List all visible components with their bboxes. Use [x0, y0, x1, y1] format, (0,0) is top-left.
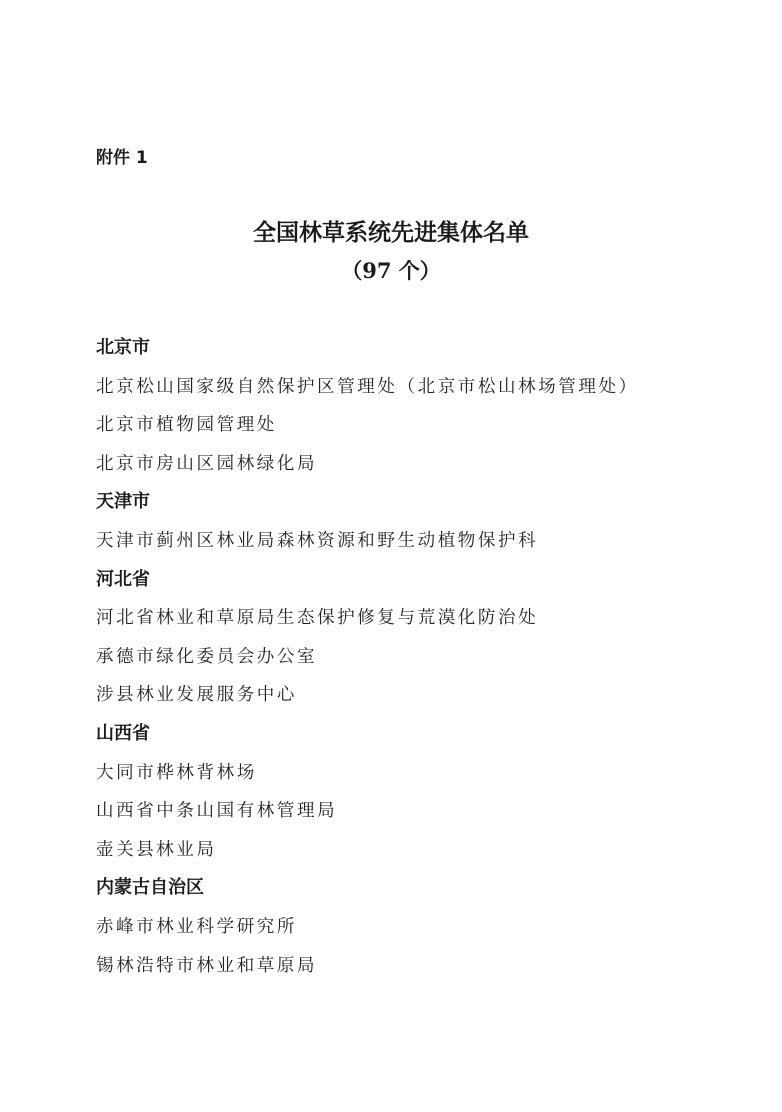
org-item: 壶关县林业局 [96, 836, 736, 875]
attachment-label: 附件 1 [96, 143, 148, 168]
org-item: 大同市桦林背林场 [96, 759, 736, 798]
region-heading: 天津市 [96, 488, 736, 527]
org-item: 河北省林业和草原局生态保护修复与荒漠化防治处 [96, 604, 736, 643]
org-item: 北京市植物园管理处 [96, 411, 736, 450]
document-subtitle: （97 个） [0, 255, 782, 285]
org-item: 北京松山国家级自然保护区管理处（北京市松山林场管理处） [96, 373, 736, 412]
document-title: 全国林草系统先进集体名单 [0, 214, 782, 247]
org-item: 北京市房山区园林绿化局 [96, 450, 736, 489]
region-heading: 内蒙古自治区 [96, 874, 736, 913]
org-item: 承德市绿化委员会办公室 [96, 643, 736, 682]
org-item: 涉县林业发展服务中心 [96, 681, 736, 720]
collective-list: 北京市 北京松山国家级自然保护区管理处（北京市松山林场管理处） 北京市植物园管理… [96, 334, 736, 990]
org-item: 锡林浩特市林业和草原局 [96, 952, 736, 991]
region-heading: 山西省 [96, 720, 736, 759]
document-page: 附件 1 全国林草系统先进集体名单 （97 个） 北京市 北京松山国家级自然保护… [0, 0, 782, 1112]
org-item: 山西省中条山国有林管理局 [96, 797, 736, 836]
org-item: 天津市蓟州区林业局森林资源和野生动植物保护科 [96, 527, 736, 566]
region-heading: 河北省 [96, 566, 736, 605]
org-item: 赤峰市林业科学研究所 [96, 913, 736, 952]
region-heading: 北京市 [96, 334, 736, 373]
